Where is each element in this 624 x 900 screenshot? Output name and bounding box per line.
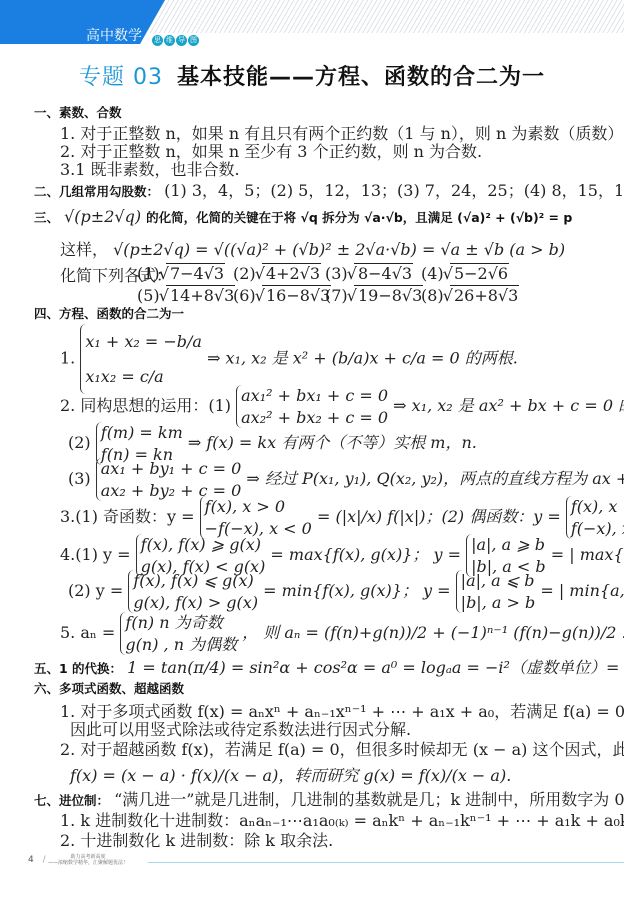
s4-item-3: 3.(1) 奇函数：y = f(x), x > 0−f(−x), x < 0 =… [60, 496, 624, 539]
exercise-7: (7) 19−8√3 [325, 285, 423, 305]
s3-identity: 这样， √(p±2√q) = √((√a)² + (√b)² ± 2√a·√b)… [60, 237, 565, 260]
section-3: 三、 √(p±2√q) 的化简，化简的关键在于将 √q 拆分为 √a·√b，且满… [34, 207, 572, 226]
footer-rule [148, 862, 624, 863]
section-7: 七、进位制： “满几进一”就是几进制，几进制的基数就是几；k 进制中，所用数字为… [34, 787, 624, 810]
section-2: 二、几组常用勾股数： (1) 3，4，5；(2) 5，12，13；(3) 7，2… [34, 178, 624, 201]
section-3-heading-text: 的化简，化简的关键在于将 √q 拆分为 √a·√b，且满足 (√a)² + (√… [146, 210, 572, 225]
section-4-heading: 四、方程、函数的合二为一 [34, 304, 184, 322]
s4-item-2-3: (3) ax₁ + by₁ + c = 0ax₂ + by₂ + c = 0 ⇒… [68, 458, 624, 501]
radical-expression: √(p±2√q) [64, 207, 141, 226]
page-footer: 4 / 助力高考新高度 ——浓缩数学精华，汇聚解题优法！ [28, 855, 624, 869]
exercise-6: (6) 16−8√3 [233, 285, 331, 305]
section-1-heading: 一、素数、合数 [34, 103, 122, 121]
section-5-heading: 五、1 的代换： [34, 661, 122, 676]
header-hatch-decoration [142, 0, 624, 33]
s4-item-1: 1. x₁ + x₂ = −b/ax₁x₂ = c/a ⇒ x₁, x₂ 是 x… [60, 324, 518, 394]
pythagorean-triples: (1) 3，4，5；(2) 5，12，13；(3) 7，24，25；(4) 8，… [164, 181, 624, 200]
page-header: 高中数学 思 维 导 图 [0, 0, 624, 44]
one-substitution: 1 = tan(π/4) = sin²α + cos²α = a⁰ = logₐ… [127, 658, 624, 677]
section-5: 五、1 的代换： 1 = tan(π/4) = sin²α + cos²α = … [34, 655, 624, 678]
s6-item-2-formula: f(x) = (x − a) · f(x)/(x − a)，转而研究 g(x) … [70, 763, 511, 786]
section-6-heading: 六、多项式函数、超越函数 [34, 679, 184, 697]
topic-number: 专题 03 [79, 65, 163, 90]
page-title: 专题 03基本技能——方程、函数的合二为一 [0, 60, 624, 91]
mindmap-badge: 思 维 导 图 [152, 35, 199, 46]
footer-slogan: 助力高考新高度 ——浓缩数学精华，汇聚解题优法！ [48, 854, 128, 866]
s4-item-5: 5. aₙ = f(n) n 为奇数g(n) , n 为偶数 ， 则 aₙ = … [60, 612, 624, 655]
exercise-4: (4) 5−2√6 [421, 263, 509, 283]
s6-item-2: 2. 对于超越函数 f(x)，若满足 f(a) = 0，但很多时候却无 (x −… [60, 737, 624, 760]
exercise-1: (1) 7−4√3 [137, 263, 225, 283]
section-7-heading: 七、进位制： [34, 793, 109, 808]
subject-label: 高中数学 [86, 25, 142, 45]
section-2-heading: 二、几组常用勾股数： [34, 184, 159, 199]
page-number: 4 [28, 855, 34, 865]
footer-slash: / [43, 855, 46, 865]
exercise-3: (3) 8−4√3 [325, 263, 413, 283]
exercise-5: (5) 14+8√3 [137, 285, 235, 305]
section-3-heading: 三、 [34, 210, 59, 225]
s1-item-3: 3.1 既非素数，也非合数. [60, 157, 240, 180]
exercise-2: (2) 4+2√3 [233, 263, 321, 283]
s4-item-4-2: (2) y = f(x), f(x) ⩽ g(x)g(x), f(x) > g(… [68, 570, 624, 613]
s7-item-2: 2. 十进制数化 k 进制数：除 k 取余法. [60, 828, 333, 851]
exercise-8: (8) 26+8√3 [421, 285, 519, 305]
topic-title: 基本技能——方程、函数的合二为一 [177, 65, 545, 90]
